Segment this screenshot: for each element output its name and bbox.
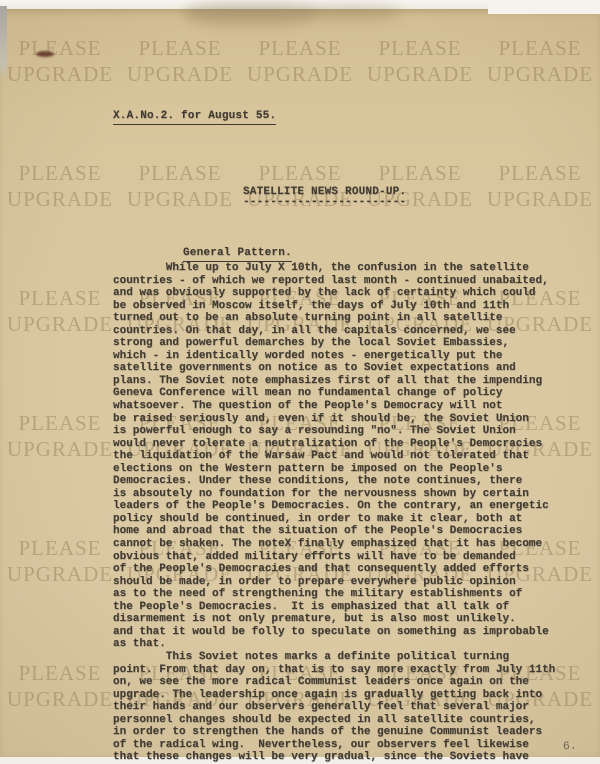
watermark-word: PLEASEUPGRADE bbox=[0, 660, 120, 712]
document-body: While up to July X 10th, the confusion i… bbox=[113, 262, 583, 764]
watermark-word: PLEASEUPGRADE bbox=[480, 160, 600, 212]
watermark-word: PLEASEUPGRADE bbox=[0, 410, 120, 462]
paragraph: This Soviet notes marks a definite polit… bbox=[113, 651, 583, 764]
paragraph: While up to July X 10th, the confusion i… bbox=[113, 262, 583, 651]
watermark-word: PLEASEUPGRADE bbox=[120, 160, 240, 212]
ink-smudge bbox=[305, 5, 400, 20]
document-reference: X.A.No.2. for August 55. bbox=[113, 110, 276, 125]
watermark-word: PLEASEUPGRADE bbox=[120, 35, 240, 87]
watermark-word: PLEASEUPGRADE bbox=[240, 35, 360, 87]
watermark-word: PLEASEUPGRADE bbox=[480, 35, 600, 87]
watermark-word: PLEASEUPGRADE bbox=[360, 35, 480, 87]
page-number: 6. bbox=[563, 740, 577, 754]
ink-stain bbox=[36, 51, 54, 57]
scan-edge-top-right bbox=[488, 0, 600, 14]
watermark-word: PLEASEUPGRADE bbox=[0, 160, 120, 212]
watermark-word: PLEASEUPGRADE bbox=[0, 285, 120, 337]
ink-smudge bbox=[185, 3, 315, 25]
scan-edge-left bbox=[0, 6, 7, 80]
section-heading: General Pattern. bbox=[183, 247, 292, 262]
watermark-word: PLEASEUPGRADE bbox=[0, 535, 120, 587]
title-underline-rule: ------------------------ bbox=[243, 196, 406, 208]
watermark-word: PLEASEUPGRADE bbox=[0, 35, 120, 87]
